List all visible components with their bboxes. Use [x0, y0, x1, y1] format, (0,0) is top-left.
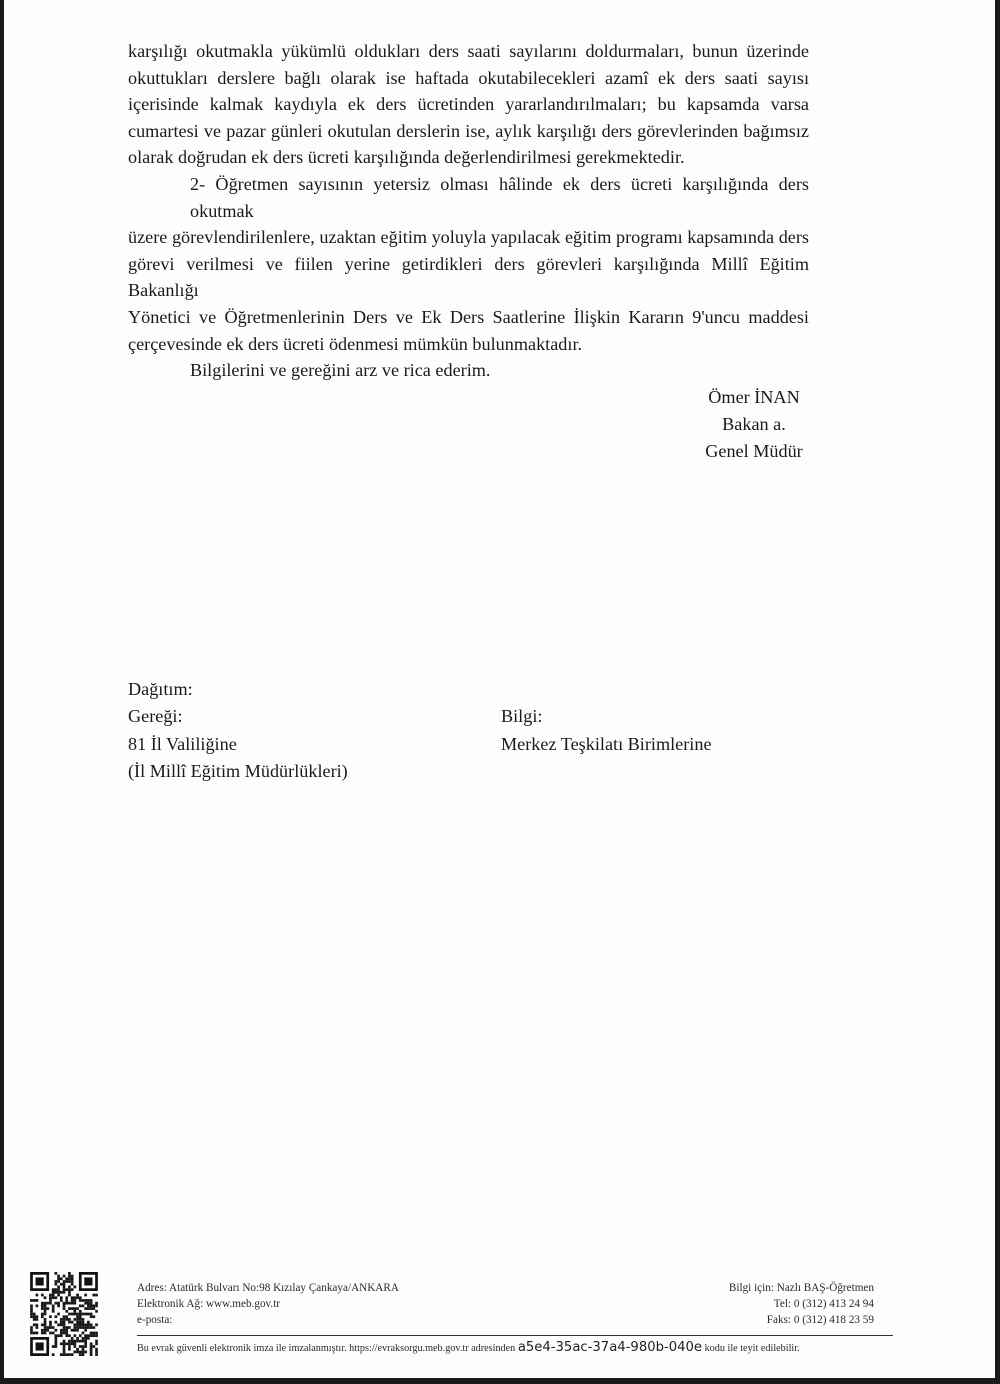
footer-contact-left: Adres: Atatürk Bulvarı No:98 Kızılay Çan…	[137, 1280, 399, 1328]
gereği-recipient: 81 İl Valiliğine	[128, 731, 501, 758]
footer-contact-right: Bilgi için: Nazlı BAŞ-Öğretmen Tel: 0 (3…	[729, 1280, 874, 1328]
closing-sentence: Bilgilerini ve gereğini arz ve rica eder…	[128, 357, 809, 384]
text-line: Yönetici ve Öğretmenlerinin Ders ve Ek D…	[128, 304, 809, 331]
text-line: içerisinde kalmak kaydıyla ek ders ücret…	[128, 91, 809, 118]
footer-contact-person: Bilgi için: Nazlı BAŞ-Öğretmen	[729, 1280, 874, 1296]
footer-address: Adres: Atatürk Bulvarı No:98 Kızılay Çan…	[137, 1280, 399, 1296]
paragraph-2: 2- Öğretmen sayısının yetersiz olması hâ…	[128, 171, 809, 357]
text-line: çerçevesinde ek ders ücreti ödenmesi müm…	[128, 331, 809, 358]
gereği-recipient: (İl Millî Eğitim Müdürlükleri)	[128, 758, 501, 785]
bilgi-recipient: Merkez Teşkilatı Birimlerine	[501, 731, 712, 758]
distribution-bilgi: Bilgi: Merkez Teşkilatı Birimlerine	[501, 703, 712, 785]
text-line: üzere görevlendirilenlere, uzaktan eğiti…	[128, 224, 809, 251]
footer-tel: Tel: 0 (312) 413 24 94	[729, 1296, 874, 1312]
text-line: 2- Öğretmen sayısının yetersiz olması hâ…	[128, 171, 809, 224]
text-line: olarak doğrudan ek ders ücreti karşılığı…	[128, 144, 809, 171]
signatory-title: Genel Müdür	[664, 438, 844, 465]
footer-network: Elektronik Ağ: www.meb.gov.tr	[137, 1296, 399, 1312]
footer-verification-note: Bu evrak güvenli elektronik imza ile imz…	[137, 1340, 800, 1355]
distribution-block: Dağıtım: Gereği: 81 İl Valiliğine (İl Mi…	[128, 676, 828, 785]
text-line: Bilgilerini ve gereğini arz ve rica eder…	[128, 357, 809, 384]
footer-divider	[137, 1335, 893, 1336]
document-page: karşılığı okutmakla yükümlü oldukları de…	[4, 0, 995, 1378]
text-line: okuttukları derslere bağlı olarak ise ha…	[128, 65, 809, 92]
qr-code-icon	[30, 1272, 98, 1356]
note-prefix: Bu evrak güvenli elektronik imza ile imz…	[137, 1343, 515, 1354]
signatory-on-behalf: Bakan a.	[664, 411, 844, 438]
distribution-heading: Dağıtım:	[128, 676, 828, 703]
text-line: cumartesi ve pazar günleri okutulan ders…	[128, 118, 809, 145]
text-line: karşılığı okutmakla yükümlü oldukları de…	[128, 38, 809, 65]
text-line: görevi verilmesi ve fiilen yerine getird…	[128, 251, 809, 304]
document-body: karşılığı okutmakla yükümlü oldukları de…	[128, 38, 809, 384]
paragraph-1: karşılığı okutmakla yükümlü oldukları de…	[128, 38, 809, 171]
bilgi-label: Bilgi:	[501, 703, 712, 730]
gereği-label: Gereği:	[128, 703, 501, 730]
distribution-gereği: Gereği: 81 İl Valiliğine (İl Millî Eğiti…	[128, 703, 501, 785]
note-suffix: kodu ile teyit edilebilir.	[705, 1343, 800, 1354]
signature-block: Ömer İNAN Bakan a. Genel Müdür	[664, 384, 844, 465]
verification-code: a5e4-35ac-37a4-980b-040e	[518, 1340, 702, 1355]
footer-email: e-posta:	[137, 1312, 399, 1328]
signatory-name: Ömer İNAN	[664, 384, 844, 411]
footer-fax: Faks: 0 (312) 418 23 59	[729, 1312, 874, 1328]
